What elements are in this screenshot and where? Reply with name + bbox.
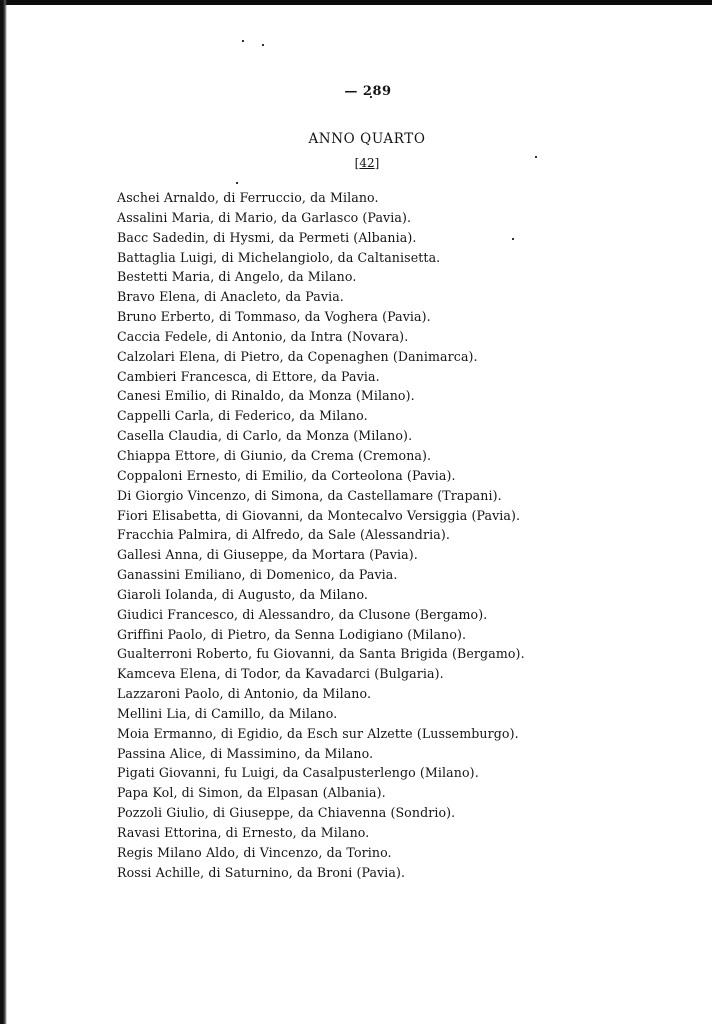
list-item: Caccia Fedele, di Antonio, da Intra (Nov… xyxy=(117,327,525,347)
list-item: Moia Ermanno, di Egidio, da Esch sur Alz… xyxy=(117,724,525,744)
section-title: ANNO QUARTO xyxy=(0,131,712,147)
section-count: [42] xyxy=(0,156,712,170)
list-item: Bestetti Maria, di Angelo, da Milano. xyxy=(117,267,525,287)
page-number: — 289 xyxy=(0,84,712,99)
list-item: Bacc Sadedin, di Hysmi, da Permeti (Alba… xyxy=(117,228,525,248)
list-item: Bruno Erberto, di Tommaso, da Voghera (P… xyxy=(117,307,525,327)
scan-speck xyxy=(236,182,238,184)
scan-speck xyxy=(262,44,264,46)
list-item: Casella Claudia, di Carlo, da Monza (Mil… xyxy=(117,426,525,446)
list-item: Regis Milano Aldo, di Vincenzo, da Torin… xyxy=(117,843,525,863)
list-item: Battaglia Luigi, di Michelangiolo, da Ca… xyxy=(117,248,525,268)
list-item: Fracchia Palmira, di Alfredo, da Sale (A… xyxy=(117,525,525,545)
list-item: Pigati Giovanni, fu Luigi, da Casalpuste… xyxy=(117,763,525,783)
list-item: Papa Kol, di Simon, da Elpasan (Albania)… xyxy=(117,783,525,803)
list-item: Rossi Achille, di Saturnino, da Broni (P… xyxy=(117,863,525,883)
list-item: Kamceva Elena, di Todor, da Kavadarci (B… xyxy=(117,664,525,684)
list-item: Di Giorgio Vincenzo, di Simona, da Caste… xyxy=(117,486,525,506)
scan-speck xyxy=(512,238,514,240)
list-item: Gualterroni Roberto, fu Giovanni, da San… xyxy=(117,644,525,664)
list-item: Ravasi Ettorina, di Ernesto, da Milano. xyxy=(117,823,525,843)
scan-speck xyxy=(535,156,537,158)
scan-border-top xyxy=(0,0,712,5)
list-item: Griffini Paolo, di Pietro, da Senna Lodi… xyxy=(117,625,525,645)
list-item: Ganassini Emiliano, di Domenico, da Pavi… xyxy=(117,565,525,585)
list-item: Cappelli Carla, di Federico, da Milano. xyxy=(117,406,525,426)
student-list: Aschei Arnaldo, di Ferruccio, da Milano.… xyxy=(117,188,525,883)
list-item: Giaroli Iolanda, di Augusto, da Milano. xyxy=(117,585,525,605)
list-item: Mellini Lia, di Camillo, da Milano. xyxy=(117,704,525,724)
scan-speck xyxy=(370,96,372,98)
list-item: Gallesi Anna, di Giuseppe, da Mortara (P… xyxy=(117,545,525,565)
list-item: Pozzoli Giulio, di Giuseppe, da Chiavenn… xyxy=(117,803,525,823)
scan-border-left xyxy=(0,0,7,1024)
section-count-close: ] xyxy=(375,156,380,170)
list-item: Aschei Arnaldo, di Ferruccio, da Milano. xyxy=(117,188,525,208)
list-item: Canesi Emilio, di Rinaldo, da Monza (Mil… xyxy=(117,386,525,406)
list-item: Fiori Elisabetta, di Giovanni, da Montec… xyxy=(117,506,525,526)
section-count-number: 42 xyxy=(359,156,374,170)
list-item: Passina Alice, di Massimino, da Milano. xyxy=(117,744,525,764)
list-item: Coppaloni Ernesto, di Emilio, da Corteol… xyxy=(117,466,525,486)
list-item: Calzolari Elena, di Pietro, da Copenaghe… xyxy=(117,347,525,367)
list-item: Chiappa Ettore, di Giunio, da Crema (Cre… xyxy=(117,446,525,466)
list-item: Giudici Francesco, di Alessandro, da Clu… xyxy=(117,605,525,625)
list-item: Assalini Maria, di Mario, da Garlasco (P… xyxy=(117,208,525,228)
list-item: Bravo Elena, di Anacleto, da Pavia. xyxy=(117,287,525,307)
list-item: Lazzaroni Paolo, di Antonio, da Milano. xyxy=(117,684,525,704)
list-item: Cambieri Francesca, di Ettore, da Pavia. xyxy=(117,367,525,387)
scan-speck xyxy=(242,40,244,42)
